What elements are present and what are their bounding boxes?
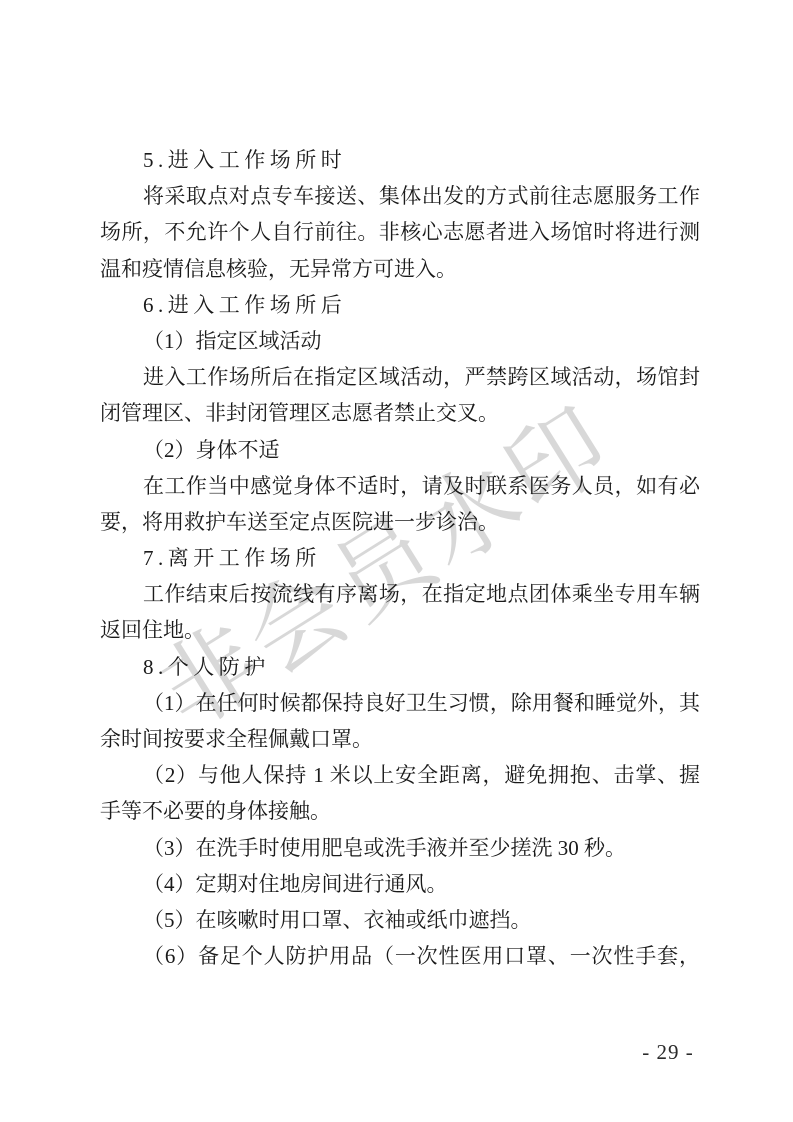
text-line: 温和疫情信息核验，无异常方可进入。 <box>100 251 700 287</box>
page-number: - 29 - <box>639 1040 697 1065</box>
text-line: 7.离开工作场所 <box>100 540 700 576</box>
text-line: 8.个人防护 <box>100 649 700 685</box>
text-line: 工作结束后按流线有序离场，在指定地点团体乘坐专用车辆 <box>100 576 700 612</box>
text-line: 返回住地。 <box>100 612 700 648</box>
text-line: （6）备足个人防护用品（一次性医用口罩、一次性手套， <box>100 938 700 974</box>
text-line: 进入工作场所后在指定区域活动，严禁跨区域活动，场馆封 <box>100 359 700 395</box>
text-line: （2）与他人保持 1 米以上安全距离，避免拥抱、击掌、握 <box>100 757 700 793</box>
text-line: （5）在咳嗽时用口罩、衣袖或纸巾遮挡。 <box>100 902 700 938</box>
document-page: 非会员水印 5.进入工作场所时将采取点对点专车接送、集体出发的方式前往志愿服务工… <box>0 0 793 1122</box>
text-line: 闭管理区、非封闭管理区志愿者禁止交叉。 <box>100 395 700 431</box>
text-line: （1）指定区域活动 <box>100 323 700 359</box>
text-line: 要，将用救护车送至定点医院进一步诊治。 <box>100 504 700 540</box>
text-line: 在工作当中感觉身体不适时，请及时联系医务人员，如有必 <box>100 468 700 504</box>
text-line: 将采取点对点专车接送、集体出发的方式前往志愿服务工作 <box>100 178 700 214</box>
text-line: （1）在任何时候都保持良好卫生习惯，除用餐和睡觉外，其 <box>100 685 700 721</box>
text-line: 余时间按要求全程佩戴口罩。 <box>100 721 700 757</box>
text-line: 6.进入工作场所后 <box>100 287 700 323</box>
text-line: （3）在洗手时使用肥皂或洗手液并至少搓洗 30 秒。 <box>100 830 700 866</box>
document-body: 5.进入工作场所时将采取点对点专车接送、集体出发的方式前往志愿服务工作场所，不允… <box>100 142 700 974</box>
text-line: 5.进入工作场所时 <box>100 142 700 178</box>
text-line: 场所，不允许个人自行前往。非核心志愿者进入场馆时将进行测 <box>100 214 700 250</box>
text-line: （2）身体不适 <box>100 432 700 468</box>
text-line: 手等不必要的身体接触。 <box>100 793 700 829</box>
text-line: （4）定期对住地房间进行通风。 <box>100 866 700 902</box>
